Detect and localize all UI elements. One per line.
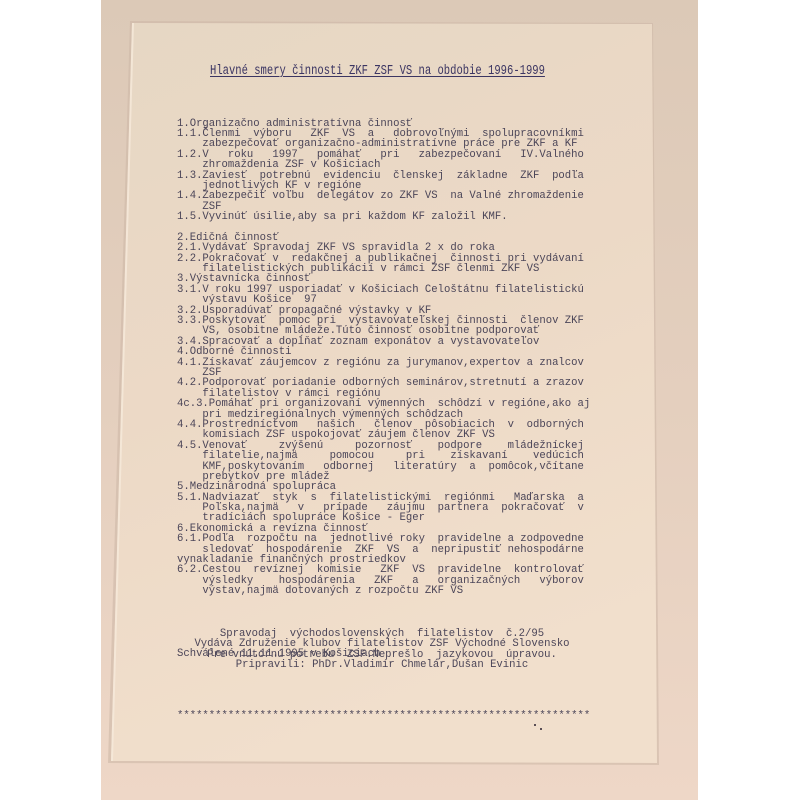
body-line: 4c.3.Pomáhať pri organizovaní výmenných …	[177, 399, 590, 409]
blank-line	[177, 617, 590, 627]
separator-line: ****************************************…	[177, 711, 590, 721]
body-lines: 1.Organizačno administratívna činnosť1.1…	[177, 119, 590, 597]
footer-line: Pripravili: PhDr.Vladimír Chmelár,Dušan …	[177, 660, 587, 671]
document-title: Hlavné smery činnosti ZKF ZSF VS na obdo…	[210, 64, 545, 80]
paper-speck	[540, 728, 542, 730]
body-line: 1.4.Zabezpečiť voľbu delegátov zo ZKF VS…	[177, 191, 590, 201]
body-line: 4.1.Získavať záujemcov z regiónu za jury…	[177, 358, 590, 368]
paper-speck	[534, 724, 536, 726]
body-line: výstav,najmä dotovaných z rozpočtu ZKF V…	[177, 586, 590, 596]
body-line: filatelie,najmä pomocou pri získavaní ve…	[177, 451, 590, 461]
body-line: zhromaždenia ZSF v Košiciach	[177, 160, 590, 170]
blank-line	[177, 680, 590, 690]
document-footer: Spravodaj východoslovenských filatelisto…	[177, 629, 587, 671]
body-line: 1.5.Vyvinúť úsilie,aby sa pri každom KF …	[177, 212, 590, 222]
